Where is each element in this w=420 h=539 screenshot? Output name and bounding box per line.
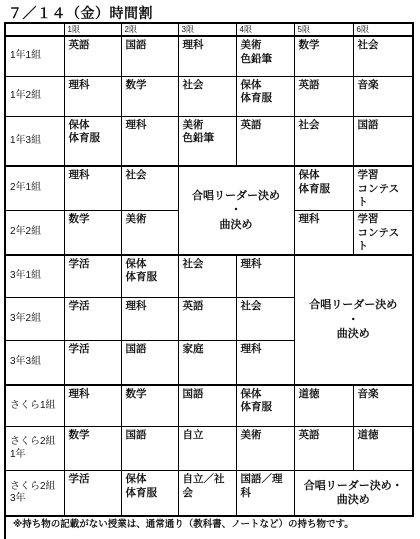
period-header: 3限 <box>178 23 236 36</box>
row-label: 3年3組 <box>5 341 64 385</box>
subject-cell: 美術 色鉛筆 <box>178 116 236 166</box>
subject-cell: 理科 <box>121 116 178 166</box>
subject-cell: 数学 <box>121 76 178 116</box>
table-row: 2年1組 理科 社会 合唱リーダー決め ・ 曲決め 保体 体育服 学習 コンテス… <box>5 166 413 210</box>
subject-cell: 自立／社会 <box>178 471 236 516</box>
event-cell: 合唱リーダー決め ・ 曲決め <box>294 255 413 385</box>
table-row: 1年3組 保体 体育服 理科 美術 色鉛筆 英語 社会 国語 <box>5 116 413 166</box>
left-border-extension-line <box>4 512 6 539</box>
subject-cell: 保体 体育服 <box>121 255 178 298</box>
subject-cell: 英語 <box>294 427 353 471</box>
subject-cell: 社会 <box>353 36 413 76</box>
subject-cell: 理科 <box>178 36 236 76</box>
subject-cell: 社会 <box>121 166 178 210</box>
period-header: 5限 <box>294 23 353 36</box>
period-header: 4限 <box>236 23 294 36</box>
row-label: 2年1組 <box>5 166 64 210</box>
subject-cell: 美術 色鉛筆 <box>236 36 294 76</box>
subject-cell: 保体 体育服 <box>64 116 121 166</box>
subject-cell: 道徳 <box>294 385 353 427</box>
subject-cell: 国語 <box>121 427 178 471</box>
subject-cell: 家庭 <box>178 341 236 385</box>
table-row: 1年2組 理科 数学 社会 保体 体育服 英語 音楽 <box>5 76 413 116</box>
row-label: 2年2組 <box>5 210 64 254</box>
subject-cell: 国語 <box>121 36 178 76</box>
event-cell: 合唱リーダー決め・ 曲決め <box>294 471 413 516</box>
subject-cell: 美術 <box>236 427 294 471</box>
table-row: さくら2組 3年 学活 保体 体育服 自立／社会 国語／理科 合唱リーダー決め・… <box>5 471 413 516</box>
subject-cell: 英語 <box>236 116 294 166</box>
subject-cell: 保体 体育服 <box>294 166 353 210</box>
subject-cell: 理科 <box>64 166 121 210</box>
table-row: 3年1組 学活 保体 体育服 社会 理科 合唱リーダー決め ・ 曲決め <box>5 255 413 298</box>
row-label: さくら2組 3年 <box>5 471 64 516</box>
row-label: さくら1組 <box>5 385 64 427</box>
row-label: 1年2組 <box>5 76 64 116</box>
subject-cell: 保体 体育服 <box>121 471 178 516</box>
subject-cell: 数学 <box>121 385 178 427</box>
subject-cell: 学活 <box>64 471 121 516</box>
event-cell: 合唱リーダー決め ・ 曲決め <box>178 166 294 255</box>
subject-cell: 理科 <box>64 385 121 427</box>
period-header: 1限 <box>64 23 121 36</box>
timetable: 1限 2限 3限 4限 5限 6限 1年1組 英語 国語 理科 美術 色鉛筆 数… <box>4 22 414 517</box>
subject-cell: 美術 <box>121 210 178 254</box>
subject-cell: 保体 体育服 <box>236 385 294 427</box>
table-row: さくら2組 1年 数学 国語 自立 美術 英語 道徳 <box>5 427 413 471</box>
subject-cell: 理科 <box>236 341 294 385</box>
timetable-page: ７／１４（金）時間割 1限 2限 3限 4限 5限 6限 1年1組 英語 国語 … <box>0 0 420 539</box>
subject-cell: 数学 <box>64 210 121 254</box>
subject-cell: 理科 <box>294 210 353 254</box>
subject-cell: 国語／理科 <box>236 471 294 516</box>
subject-cell: 英語 <box>178 298 236 341</box>
period-header: 2限 <box>121 23 178 36</box>
table-row: 1年1組 英語 国語 理科 美術 色鉛筆 数学 社会 <box>5 36 413 76</box>
footer-note: ※持ち物の記載がない授業は、通常通り（教科書、ノートなど）の持ち物です。 <box>13 516 354 530</box>
page-title: ７／１４（金）時間割 <box>8 3 153 23</box>
subject-cell: 自立 <box>178 427 236 471</box>
subject-cell: 理科 <box>121 298 178 341</box>
row-label: 1年3組 <box>5 116 64 166</box>
subject-cell: 英語 <box>64 36 121 76</box>
subject-cell: 理科 <box>64 76 121 116</box>
table-row: さくら1組 理科 数学 国語 保体 体育服 道徳 音楽 <box>5 385 413 427</box>
period-header: 6限 <box>353 23 413 36</box>
row-label: 3年2組 <box>5 298 64 341</box>
row-label: 3年1組 <box>5 255 64 298</box>
subject-cell: 音楽 <box>353 385 413 427</box>
subject-cell: 学活 <box>64 341 121 385</box>
subject-cell: 学活 <box>64 255 121 298</box>
subject-cell: 道徳 <box>353 427 413 471</box>
subject-cell: 理科 <box>236 255 294 298</box>
subject-cell: 学活 <box>64 298 121 341</box>
period-header-row: 1限 2限 3限 4限 5限 6限 <box>5 23 413 36</box>
subject-cell: 国語 <box>121 341 178 385</box>
subject-cell: 国語 <box>178 385 236 427</box>
subject-cell: 学習 コンテス ト <box>353 210 413 254</box>
row-label: 1年1組 <box>5 36 64 76</box>
subject-cell: 保体 体育服 <box>236 76 294 116</box>
corner-cell <box>5 23 64 36</box>
subject-cell: 社会 <box>178 76 236 116</box>
subject-cell: 学習 コンテス ト <box>353 166 413 210</box>
subject-cell: 数学 <box>294 36 353 76</box>
subject-cell: 社会 <box>178 255 236 298</box>
subject-cell: 国語 <box>353 116 413 166</box>
subject-cell: 音楽 <box>353 76 413 116</box>
row-label: さくら2組 1年 <box>5 427 64 471</box>
subject-cell: 数学 <box>64 427 121 471</box>
subject-cell: 社会 <box>294 116 353 166</box>
subject-cell: 英語 <box>294 76 353 116</box>
subject-cell: 社会 <box>236 298 294 341</box>
